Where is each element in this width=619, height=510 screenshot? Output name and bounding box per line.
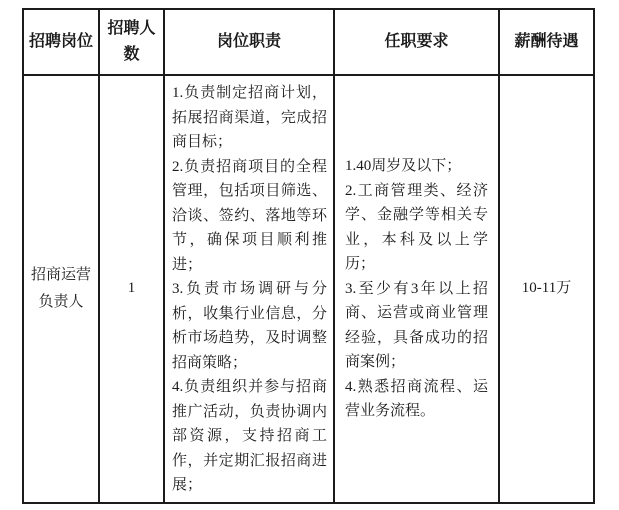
recruitment-table-container: 招聘岗位 招聘人数 岗位职责 任职要求 薪酬待遇 招商运营负责人 1 1.负责制… [22, 8, 595, 504]
header-requirements: 任职要求 [334, 9, 499, 75]
position-cell: 招商运营负责人 [23, 75, 99, 503]
header-responsibilities: 岗位职责 [164, 9, 334, 75]
responsibility-item-1: 1.负责制定招商计划，拓展招商渠道，完成招商目标； [172, 81, 327, 155]
table-row: 招商运营负责人 1 1.负责制定招商计划，拓展招商渠道，完成招商目标； 2.负责… [23, 75, 594, 503]
requirement-item-3: 3.至少有3年以上招商、运营或商业管理经验，具备成功的招商案例； [345, 277, 488, 375]
responsibility-item-2: 2.负责招商项目的全程管理，包括项目筛选、洽谈、签约、落地等环节，确保项目顺利推… [172, 155, 327, 278]
salary-cell: 10-11万 [499, 75, 594, 503]
requirement-item-1: 1.40周岁及以下； [345, 154, 488, 179]
recruitment-table: 招聘岗位 招聘人数 岗位职责 任职要求 薪酬待遇 招商运营负责人 1 1.负责制… [22, 8, 595, 504]
header-salary: 薪酬待遇 [499, 9, 594, 75]
header-headcount: 招聘人数 [99, 9, 164, 75]
responsibilities-cell: 1.负责制定招商计划，拓展招商渠道，完成招商目标； 2.负责招商项目的全程管理，… [164, 75, 334, 503]
requirement-item-4: 4.熟悉招商流程、运营业务流程。 [345, 375, 488, 424]
headcount-cell: 1 [99, 75, 164, 503]
responsibility-item-3: 3.负责市场调研与分析，收集行业信息，分析市场趋势，及时调整招商策略； [172, 277, 327, 375]
requirement-item-2: 2.工商管理类、经济学、金融学等相关专业，本科及以上学历； [345, 179, 488, 277]
table-header-row: 招聘岗位 招聘人数 岗位职责 任职要求 薪酬待遇 [23, 9, 594, 75]
responsibility-item-4: 4.负责组织并参与招商推广活动，负责协调内部资源，支持招商工作，并定期汇报招商进… [172, 375, 327, 498]
header-position: 招聘岗位 [23, 9, 99, 75]
requirements-cell: 1.40周岁及以下； 2.工商管理类、经济学、金融学等相关专业，本科及以上学历；… [334, 75, 499, 503]
